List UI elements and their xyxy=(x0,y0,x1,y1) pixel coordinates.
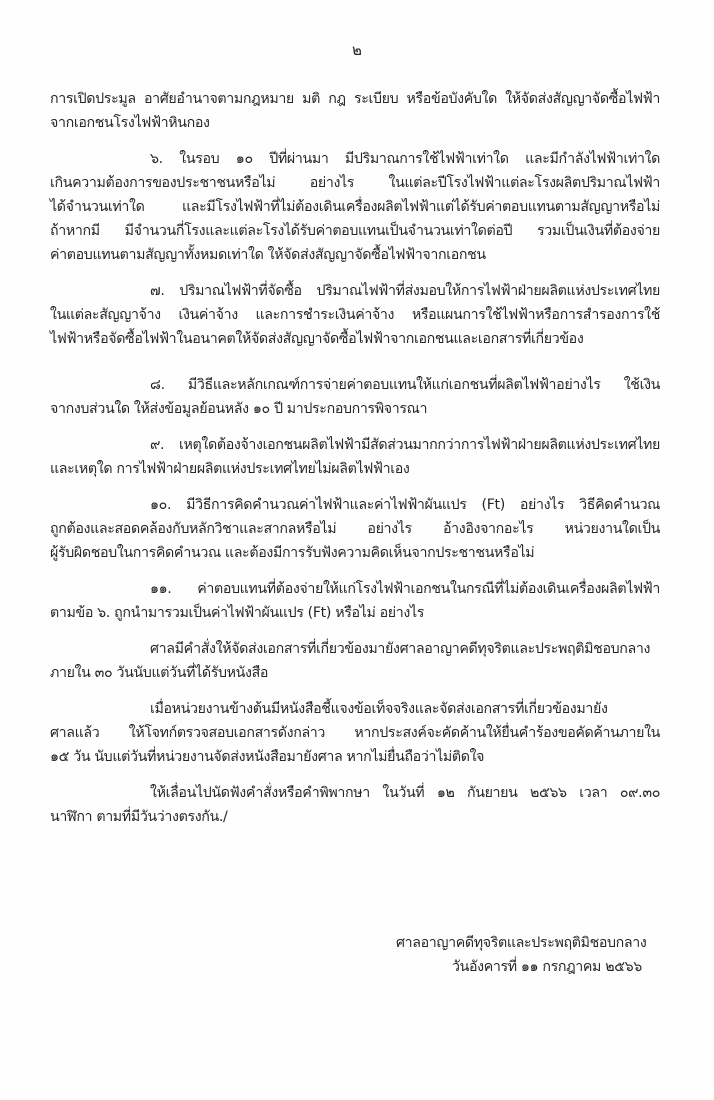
postpone-line: นาฬิกา ตามที่มีวันว่างตรงกัน./ xyxy=(50,806,660,829)
court-order-line: ศาลมีคำสั่งให้จัดส่งเอกสารที่เกี่ยวข้องม… xyxy=(150,638,660,661)
item-8-line: จากงบส่วนใด ให้ส่งข้อมูลย้อนหลัง ๑๐ ปี ม… xyxy=(50,398,660,421)
postpone-line: ให้เลื่อนไปนัดฟังคำสั่งหรือคำพิพากษา ในว… xyxy=(150,782,660,805)
document-page: ๒ การเปิดประมูล อาศัยอำนาจตามกฎหมาย มติ … xyxy=(0,0,714,1100)
item-6-line: ค่าตอบแทนตามสัญญาทั้งหมดเท่าใด ให้จัดส่ง… xyxy=(50,244,660,267)
signature-court: ศาลอาญาคดีทุจริตและประพฤติมิชอบกลาง xyxy=(396,932,646,955)
item-7-line: ในแต่ละสัญญาจ้าง เงินค่าจ้าง และการชำระเ… xyxy=(50,304,660,327)
item-6-line: ถ้าหากมี มีจำนวนกี่โรงและแต่ละโรงได้รับค… xyxy=(50,220,660,243)
signature-date: วันอังคารที่ ๑๑ กรกฎาคม ๒๕๖๖ xyxy=(452,956,642,979)
review-line: ศาลแล้ว ให้โจทก์ตรวจสอบเอกสารดังกล่าว หา… xyxy=(50,722,660,745)
item-10-line: ผู้รับผิดชอบในการคิดคำนวณ และต้องมีการรั… xyxy=(50,542,660,565)
paragraph-line: จากเอกชนโรงไฟฟ้าหินกอง xyxy=(50,112,660,135)
item-11-line: ตามข้อ ๖. ถูกนำมารวมเป็นค่าไฟฟ้าผันแปร (… xyxy=(50,602,660,625)
item-11-line: ๑๑. ค่าตอบแทนที่ต้องจ่ายให้แก่โรงไฟฟ้าเอ… xyxy=(150,578,660,601)
paragraph-line: การเปิดประมูล อาศัยอำนาจตามกฎหมาย มติ กฎ… xyxy=(50,88,660,111)
item-6-line: ได้จำนวนเท่าใด และมีโรงไฟฟ้าที่ไม่ต้องเด… xyxy=(50,196,660,219)
item-6-line: เกินความต้องการของประชาชนหรือไม่ อย่างไร… xyxy=(50,172,660,195)
item-6-line: ๖. ในรอบ ๑๐ ปีที่ผ่านมา มีปริมาณการใช้ไฟ… xyxy=(150,148,660,171)
item-7-line: ๗. ปริมาณไฟฟ้าที่จัดซื้อ ปริมาณไฟฟ้าที่ส… xyxy=(150,280,660,303)
item-8-line: ๘. มีวิธีและหลักเกณฑ์การจ่ายค่าตอบแทนให้… xyxy=(150,374,660,397)
item-10-line: ถูกต้องและสอดคล้องกับหลักวิชาและสากลหรือ… xyxy=(50,518,660,541)
item-10-line: ๑๐. มีวิธีการคิดคำนวณค่าไฟฟ้าและค่าไฟฟ้า… xyxy=(150,494,660,517)
review-line: เมื่อหน่วยงานข้างต้นมีหนังสือชี้แจงข้อเท… xyxy=(150,698,660,721)
item-7-line: ไฟฟ้าหรือจัดซื้อไฟฟ้าในอนาคตให้จัดส่งสัญ… xyxy=(50,328,660,351)
page-number: ๒ xyxy=(0,38,714,62)
item-9-line: ๙. เหตุใดต้องจ้างเอกชนผลิตไฟฟ้ามีสัดส่วน… xyxy=(150,434,660,457)
court-order-line: ภายใน ๓๐ วันนับแต่วันที่ได้รับหนังสือ xyxy=(50,662,660,685)
review-line: ๑๕ วัน นับแต่วันที่หน่วยงานจัดส่งหนังสือ… xyxy=(50,746,660,769)
item-9-line: และเหตุใด การไฟฟ้าฝ่ายผลิตแห่งประเทศไทยไ… xyxy=(50,458,660,481)
